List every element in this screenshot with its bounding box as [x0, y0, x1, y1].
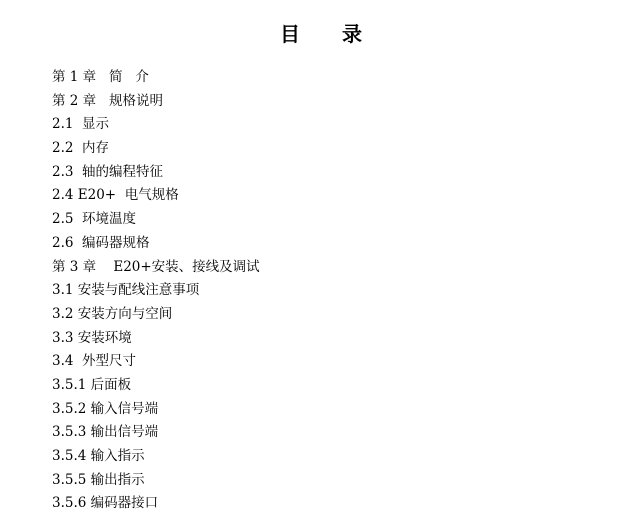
- toc-entry: 2.1 显示: [52, 113, 260, 137]
- toc-entry: 2.4 E20+ 电气规格: [52, 184, 260, 208]
- toc-entry-chapter-2: 第 2 章 规格说明: [52, 90, 260, 114]
- title-char-1: 目: [280, 18, 300, 47]
- toc-entry: 3.5.2 输入信号端: [52, 398, 260, 422]
- toc-entry: 3.5.6 编码器接口: [52, 492, 260, 516]
- toc-entry: 3.5.1 后面板: [52, 374, 260, 398]
- title-char-2: 录: [342, 18, 362, 47]
- toc-entry: 3.2 安装方向与空间: [52, 303, 260, 327]
- toc-entry: 2.5 环境温度: [52, 208, 260, 232]
- toc-entry: 3.5.5 输出指示: [52, 469, 260, 493]
- toc-entry: 3.1 安装与配线注意事项: [52, 279, 260, 303]
- toc-entry-chapter-3: 第 3 章 E20+安装、接线及调试: [52, 256, 260, 280]
- toc-entry: 3.5.4 输入指示: [52, 445, 260, 469]
- toc-entry: 2.2 内存: [52, 137, 260, 161]
- toc-entry: 2.6 编码器规格: [52, 232, 260, 256]
- toc-entry: 2.3 轴的编程特征: [52, 161, 260, 185]
- toc-entry: 3.5.3 输出信号端: [52, 421, 260, 445]
- table-of-contents: 第 1 章 简 介 第 2 章 规格说明 2.1 显示 2.2 内存 2.3 轴…: [52, 66, 260, 516]
- toc-entry-chapter-1: 第 1 章 简 介: [52, 66, 260, 90]
- page-title: 目录: [0, 18, 642, 47]
- toc-entry: 3.4 外型尺寸: [52, 350, 260, 374]
- toc-entry: 3.3 安装环境: [52, 327, 260, 351]
